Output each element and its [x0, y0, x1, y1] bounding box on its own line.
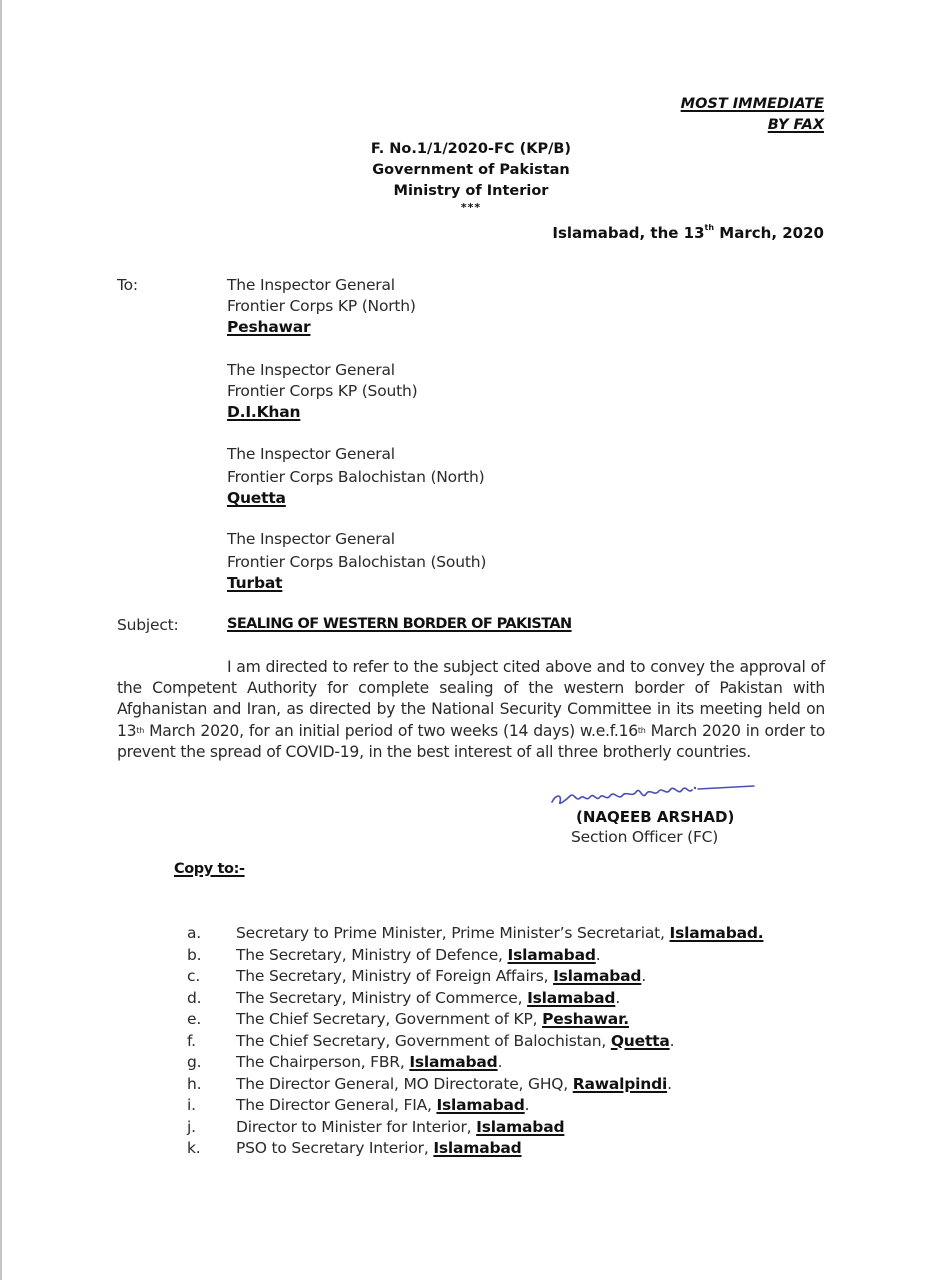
- addressee-1: The Inspector General Frontier Corps KP …: [227, 275, 416, 338]
- addressee-4: The Inspector General Frontier Corps Bal…: [227, 529, 486, 594]
- letterhead: F. No.1/1/2020-FC (KP/B) Government of P…: [330, 139, 612, 213]
- list-item: d.The Secretary, Ministry of Commerce, I…: [187, 988, 763, 1010]
- addressee-3: The Inspector General Frontier Corps Bal…: [227, 444, 485, 509]
- government-name: Government of Pakistan: [330, 160, 612, 181]
- list-item: a.Secretary to Prime Minister, Prime Min…: [187, 923, 763, 945]
- signatory-designation: Section Officer (FC): [571, 828, 718, 846]
- file-number: F. No.1/1/2020-FC (KP/B): [330, 139, 612, 160]
- ministry-name: Ministry of Interior: [330, 181, 612, 202]
- list-item: e.The Chief Secretary, Government of KP,…: [187, 1009, 763, 1031]
- list-item: k.PSO to Secretary Interior, Islamabad: [187, 1138, 763, 1160]
- list-item: g.The Chairperson, FBR, Islamabad.: [187, 1052, 763, 1074]
- copy-to-list: a.Secretary to Prime Minister, Prime Min…: [187, 923, 763, 1160]
- date-line: Islamabad, the 13th March, 2020: [552, 224, 824, 242]
- addressee-2: The Inspector General Frontier Corps KP …: [227, 360, 417, 423]
- addressee-city: Turbat: [227, 573, 486, 594]
- copy-to-heading: Copy to:-: [174, 861, 245, 877]
- list-item: h.The Director General, MO Directorate, …: [187, 1074, 763, 1096]
- to-label: To:: [117, 276, 138, 294]
- page-edge: [0, 0, 2, 1280]
- body-paragraph: I am directed to refer to the subject ci…: [117, 657, 825, 763]
- list-item: f.The Chief Secretary, Government of Bal…: [187, 1031, 763, 1053]
- addressee-city: Peshawar: [227, 317, 416, 338]
- separator-stars: ***: [330, 202, 612, 213]
- subject-label: Subject:: [117, 616, 179, 634]
- addressee-city: Quetta: [227, 488, 485, 509]
- signature-image: [548, 776, 758, 810]
- addressee-city: D.I.Khan: [227, 402, 417, 423]
- list-item: b.The Secretary, Ministry of Defence, Is…: [187, 945, 763, 967]
- signatory-name: (NAQEEB ARSHAD): [576, 808, 734, 826]
- list-item: c.The Secretary, Ministry of Foreign Aff…: [187, 966, 763, 988]
- priority-most-immediate: MOST IMMEDIATE: [681, 96, 824, 112]
- list-item: i.The Director General, FIA, Islamabad.: [187, 1095, 763, 1117]
- subject-title: SEALING OF WESTERN BORDER OF PAKISTAN: [227, 616, 572, 632]
- list-item: j.Director to Minister for Interior, Isl…: [187, 1117, 763, 1139]
- priority-by-fax: BY FAX: [768, 117, 824, 133]
